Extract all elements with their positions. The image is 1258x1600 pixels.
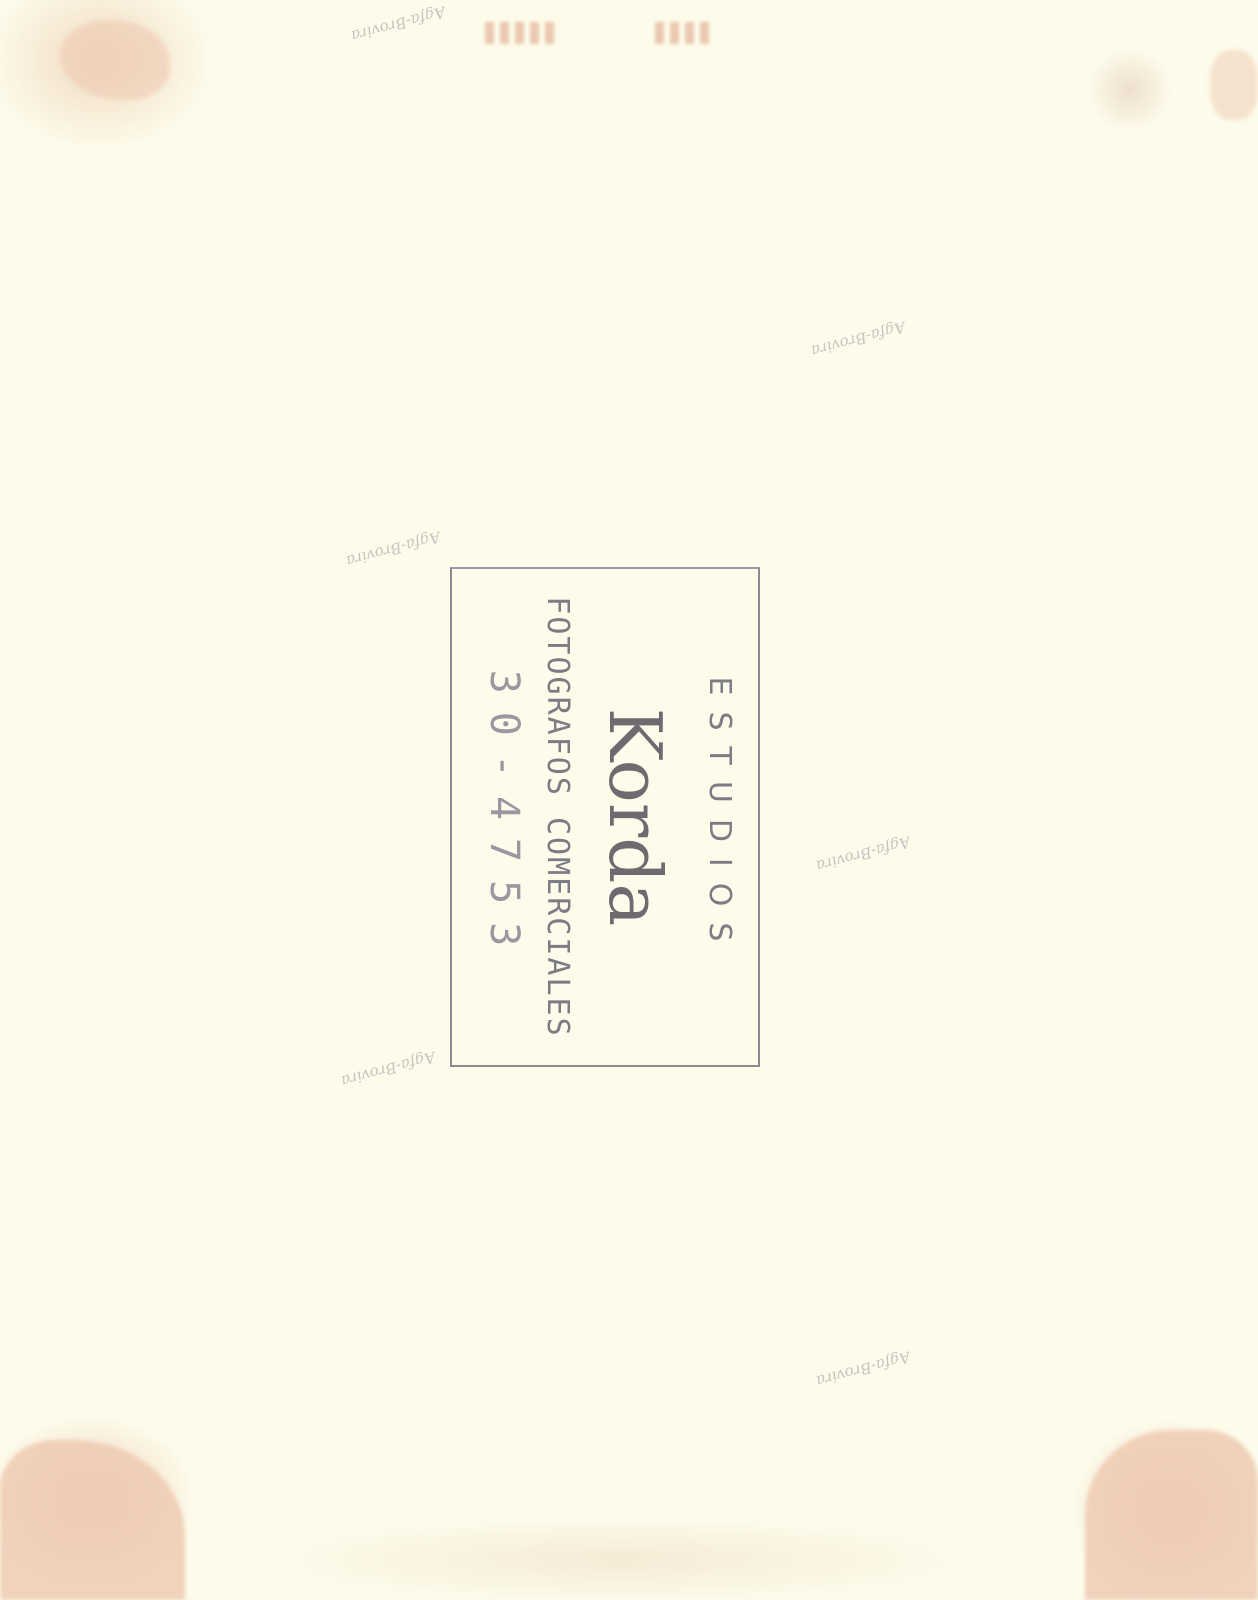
tape-stain-top-right	[1210, 50, 1258, 120]
tape-stain-bottom-right	[1085, 1430, 1258, 1600]
stamp-phone: 30-4753	[481, 572, 527, 1062]
top-edge-marks-left	[485, 22, 560, 44]
photographer-stamp: ESTUDIOS Korda FOTOGRAFOS COMERCIALES 30…	[450, 567, 760, 1067]
stamp-studio-name: Korda	[593, 572, 677, 1062]
stamp-subtitle: FOTOGRAFOS COMERCIALES	[540, 572, 575, 1062]
top-edge-marks-right	[655, 22, 715, 44]
stamp-studio-label: ESTUDIOS	[702, 572, 737, 1062]
